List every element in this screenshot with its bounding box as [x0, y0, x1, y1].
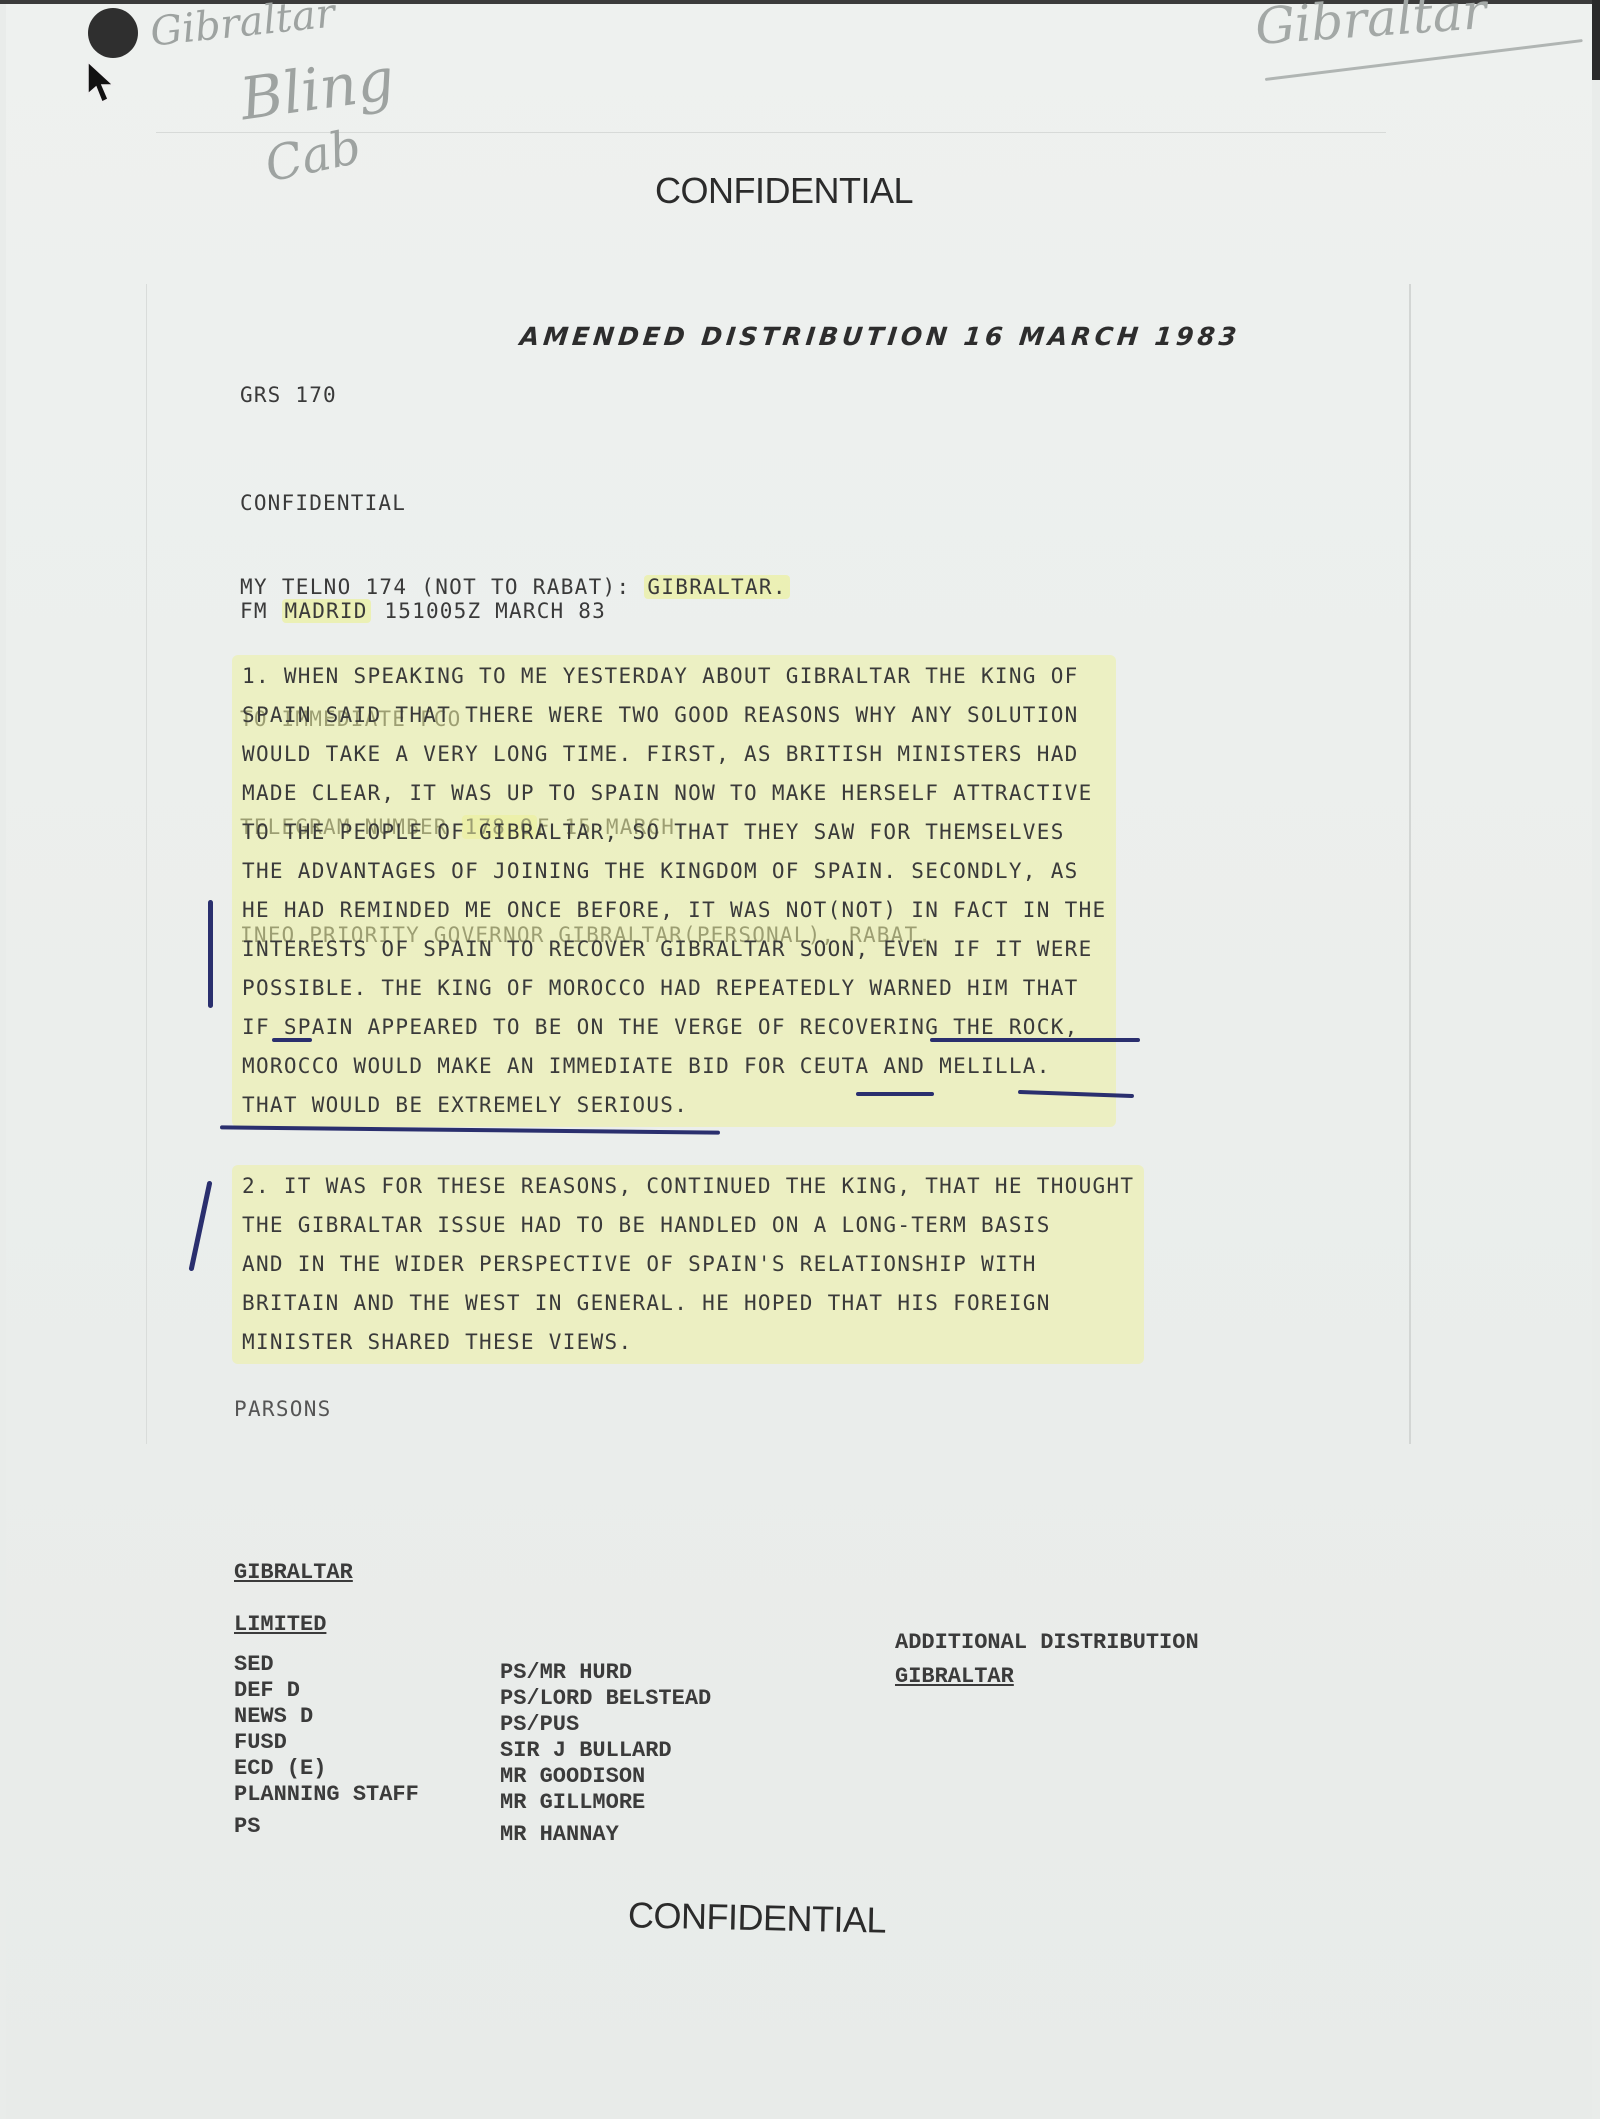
text-line: TO THE PEOPLE OF GIBRALTAR, SO THAT THEY… [242, 813, 1106, 852]
text-line: 1. WHEN SPEAKING TO ME YESTERDAY ABOUT G… [242, 657, 1106, 696]
distribution-item: PS [234, 1814, 419, 1840]
distribution-item: PS/MR HURD [500, 1660, 711, 1686]
confidential-stamp: CONFIDENTIAL [628, 1894, 887, 1941]
distribution-column-2: PS/MR HURD PS/LORD BELSTEAD PS/PUS SIR J… [500, 1660, 711, 1848]
pen-underline [930, 1038, 1140, 1042]
distribution-item: PLANNING STAFF [234, 1782, 419, 1808]
text: GIBRALTAR [234, 1560, 353, 1585]
distribution-limited: LIMITED [234, 1612, 326, 1638]
distribution-item: PS/PUS [500, 1712, 711, 1738]
scan-right-edge [1592, 0, 1600, 80]
text: 151005Z MARCH 83 [371, 599, 606, 623]
header-line: CONFIDENTIAL [240, 485, 932, 521]
text-line: AND IN THE WIDER PERSPECTIVE OF SPAIN'S … [242, 1245, 1134, 1284]
distribution-item: PS/LORD BELSTEAD [500, 1686, 711, 1712]
text-line: SPAIN SAID THAT THERE WERE TWO GOOD REAS… [242, 696, 1106, 735]
margin-pen-mark [208, 900, 213, 1008]
distribution-column-1: SED DEF D NEWS D FUSD ECD (E) PLANNING S… [234, 1652, 419, 1840]
header-line: GRS 170 [240, 377, 932, 413]
text-line: WOULD TAKE A VERY LONG TIME. FIRST, AS B… [242, 735, 1106, 774]
confidential-stamp: CONFIDENTIAL [655, 170, 913, 212]
paragraph-1: 1. WHEN SPEAKING TO ME YESTERDAY ABOUT G… [232, 655, 1116, 1127]
text: LIMITED [234, 1612, 326, 1637]
distribution-item: NEWS D [234, 1704, 419, 1730]
text: FM [240, 599, 282, 623]
signature: PARSONS [234, 1397, 332, 1421]
paragraph-2: 2. IT WAS FOR THESE REASONS, CONTINUED T… [232, 1165, 1144, 1364]
text-line: MOROCCO WOULD MAKE AN IMMEDIATE BID FOR … [242, 1047, 1106, 1086]
highlight: MADRID [282, 599, 371, 623]
text-line: BRITAIN AND THE WEST IN GENERAL. HE HOPE… [242, 1284, 1134, 1323]
distribution-item: MR GOODISON [500, 1764, 711, 1790]
additional-item: GIBRALTAR [895, 1664, 1199, 1690]
text-line: 2. IT WAS FOR THESE REASONS, CONTINUED T… [242, 1167, 1134, 1206]
recording-dot-icon [88, 8, 138, 58]
text-line: HE HAD REMINDED ME ONCE BEFORE, IT WAS N… [242, 891, 1106, 930]
text: MY TELNO 174 (NOT TO RABAT): [240, 575, 644, 599]
pen-underline [856, 1092, 934, 1096]
mouse-cursor-icon [86, 60, 126, 120]
distribution-item: FUSD [234, 1730, 419, 1756]
distribution-heading: GIBRALTAR [234, 1560, 353, 1586]
text-line: MADE CLEAR, IT WAS UP TO SPAIN NOW TO MA… [242, 774, 1106, 813]
text-line: POSSIBLE. THE KING OF MOROCCO HAD REPEAT… [242, 969, 1106, 1008]
text-line: THE ADVANTAGES OF JOINING THE KINGDOM OF… [242, 852, 1106, 891]
distribution-item: SIR J BULLARD [500, 1738, 711, 1764]
text-line: INTERESTS OF SPAIN TO RECOVER GIBRALTAR … [242, 930, 1106, 969]
distribution-item: MR HANNAY [500, 1822, 711, 1848]
additional-heading: ADDITIONAL DISTRIBUTION [895, 1630, 1199, 1656]
highlight: GIBRALTAR. [644, 575, 789, 599]
pen-underline [272, 1038, 312, 1042]
text-line: THE GIBRALTAR ISSUE HAD TO BE HANDLED ON… [242, 1206, 1134, 1245]
telno-line: MY TELNO 174 (NOT TO RABAT): GIBRALTAR. [240, 575, 790, 599]
distribution-item: DEF D [234, 1678, 419, 1704]
text-line: MINISTER SHARED THESE VIEWS. [242, 1323, 1134, 1362]
text-line: THAT WOULD BE EXTREMELY SERIOUS. [242, 1086, 1106, 1125]
distribution-item: MR GILLMORE [500, 1790, 711, 1816]
additional-distribution: ADDITIONAL DISTRIBUTION GIBRALTAR [895, 1630, 1199, 1690]
distribution-item: SED [234, 1652, 419, 1678]
distribution-item: ECD (E) [234, 1756, 419, 1782]
